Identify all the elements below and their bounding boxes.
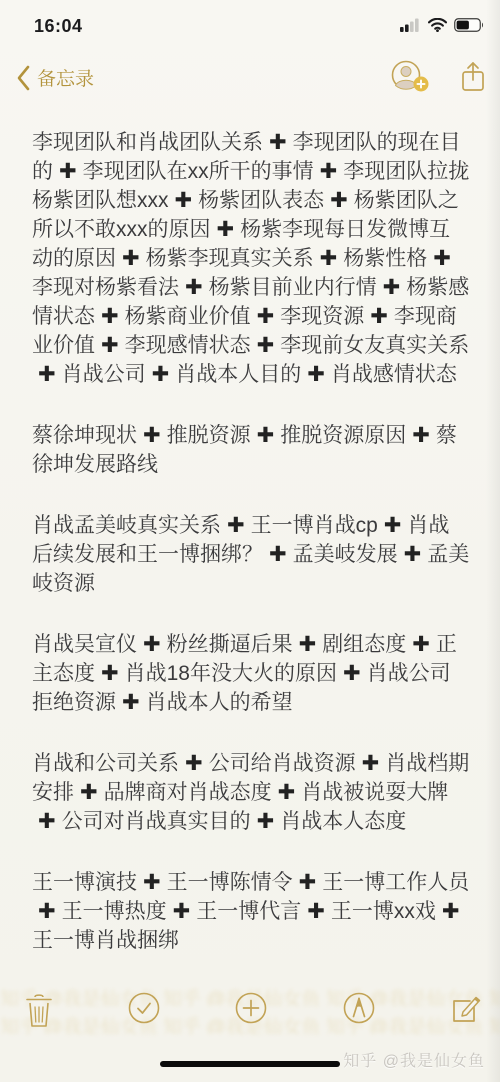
plus-separator: ✚ [251, 810, 281, 833]
plus-separator: ✚ [314, 160, 344, 183]
plus-separator: ✚ [377, 276, 407, 299]
status-time: 16:04 [34, 16, 83, 37]
plus-separator: ✚ [179, 276, 209, 299]
plus-separator: ✚ [251, 334, 281, 357]
plus-separator: ✚ [211, 218, 241, 241]
home-indicator[interactable] [160, 1061, 340, 1067]
plus-separator: ✚ [427, 247, 457, 270]
plus-separator: ✚ [169, 189, 199, 212]
compose-icon[interactable] [450, 993, 482, 1025]
plus-separator: ✚ [263, 543, 293, 566]
plus-separator: ✚ [32, 900, 62, 923]
trash-icon[interactable] [22, 992, 56, 1030]
checklist-circle-icon[interactable] [128, 992, 160, 1024]
plus-separator: ✚ [137, 633, 167, 656]
plus-separator: ✚ [116, 247, 146, 270]
plus-separator: ✚ [251, 424, 281, 447]
plus-separator: ✚ [272, 781, 302, 804]
markup-pen-circle-icon[interactable] [343, 992, 375, 1024]
plus-separator: ✚ [337, 662, 367, 685]
plus-separator: ✚ [74, 781, 104, 804]
plus-separator: ✚ [301, 363, 331, 386]
battery-icon [454, 18, 484, 32]
plus-separator: ✚ [406, 633, 436, 656]
plus-separator: ✚ [95, 305, 125, 328]
note-paragraph: 蔡徐坤现状✚推脱资源✚推脱资源原因✚蔡徐坤发展路线 [32, 421, 470, 479]
back-button[interactable]: 备忘录 [16, 64, 94, 91]
plus-separator: ✚ [137, 424, 167, 447]
share-icon[interactable] [460, 61, 486, 93]
plus-separator: ✚ [378, 514, 408, 537]
status-bar: 16:04 [0, 14, 500, 40]
plus-separator: ✚ [221, 514, 251, 537]
plus-separator: ✚ [406, 424, 436, 447]
notes-app-screen: 16:04 [0, 0, 500, 1082]
plus-separator: ✚ [137, 871, 167, 894]
plus-separator: ✚ [314, 247, 344, 270]
plus-separator: ✚ [293, 871, 323, 894]
plus-separator: ✚ [436, 900, 466, 923]
note-paragraph: 肖战吴宣仪✚粉丝撕逼后果✚剧组态度✚正主态度✚肖战18年没大火的原因✚肖战公司拒… [32, 630, 470, 717]
plus-separator: ✚ [32, 810, 62, 833]
note-paragraph: 王一博演技✚王一博陈情令✚王一博工作人员✚王一博热度✚王一博代言✚王一博xx戏✚… [32, 868, 470, 955]
plus-separator: ✚ [167, 900, 197, 923]
plus-separator: ✚ [32, 363, 62, 386]
plus-separator: ✚ [364, 305, 394, 328]
plus-separator: ✚ [301, 900, 331, 923]
plus-separator: ✚ [263, 131, 293, 154]
plus-separator: ✚ [356, 752, 386, 775]
plus-separator: ✚ [179, 752, 209, 775]
wifi-icon [428, 18, 447, 32]
cellular-signal-icon [400, 18, 421, 32]
plus-separator: ✚ [95, 334, 125, 357]
note-paragraph: 肖战孟美岐真实关系✚王一博肖战cp✚肖战后续发展和王一博捆绑？✚孟美岐发展✚孟美… [32, 511, 470, 598]
bottom-toolbar: 知乎 @我是仙女鱼 知乎 @我是仙女鱼 知乎 @我是仙女鱼 知乎 @我是仙女鱼 … [0, 982, 500, 1042]
note-body[interactable]: 李现团队和肖战团队关系✚李现团队的现在目的✚李现团队在xx所干的事情✚李现团队拉… [32, 128, 470, 987]
photo-edge-shade [486, 0, 500, 1082]
zhihu-watermark: 知乎 @我是仙女鱼 [343, 1048, 485, 1071]
note-paragraph: 肖战和公司关系✚公司给肖战资源✚肖战档期安排✚品牌商对肖战态度✚肖战被说耍大牌✚… [32, 749, 470, 836]
add-collaborator-icon[interactable] [390, 60, 432, 94]
status-icons [400, 18, 484, 32]
nav-bar: 备忘录 [0, 60, 500, 100]
nav-actions [390, 60, 486, 94]
plus-separator: ✚ [116, 691, 146, 714]
plus-separator: ✚ [293, 633, 323, 656]
note-paragraph: 李现团队和肖战团队关系✚李现团队的现在目的✚李现团队在xx所干的事情✚李现团队拉… [32, 128, 470, 389]
plus-separator: ✚ [324, 189, 354, 212]
plus-separator: ✚ [95, 662, 125, 685]
plus-separator: ✚ [146, 363, 176, 386]
back-chevron-icon [16, 65, 30, 91]
back-label: 备忘录 [37, 64, 94, 91]
add-circle-icon[interactable] [235, 992, 267, 1024]
plus-separator: ✚ [251, 305, 281, 328]
plus-separator: ✚ [53, 160, 83, 183]
plus-separator: ✚ [398, 543, 428, 566]
